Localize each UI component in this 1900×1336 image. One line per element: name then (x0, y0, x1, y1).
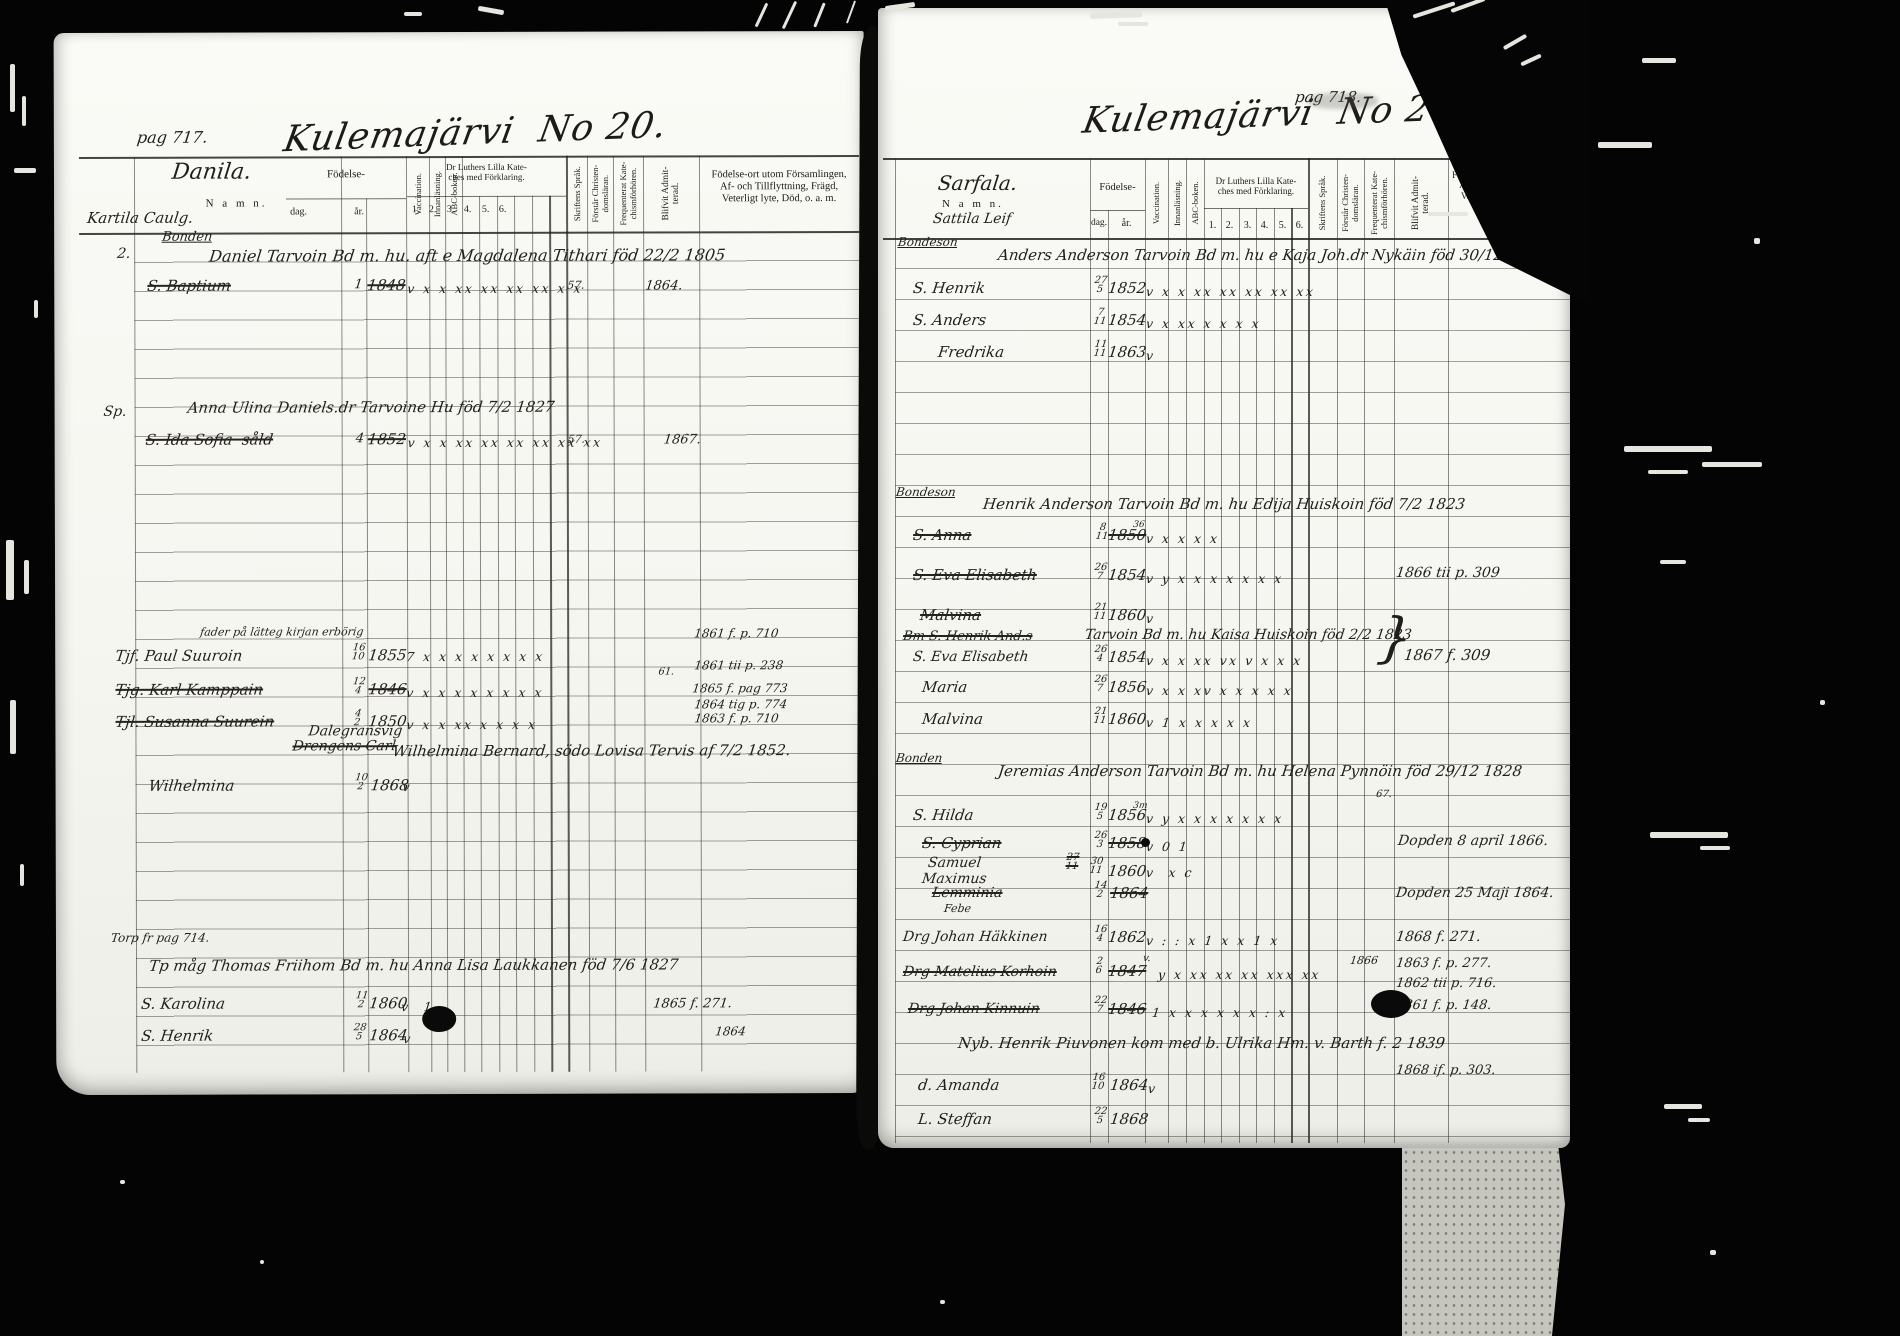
birth-year: 1860 (1107, 712, 1147, 728)
column-header-abc-boken: ABC-boken. (1190, 163, 1200, 243)
birth-day: 21 11 (1093, 604, 1108, 621)
birth-year: 1863 (1107, 345, 1147, 361)
section-script: Drengens Carl (292, 739, 397, 754)
katekes-col-3: 3. (1239, 220, 1256, 232)
speckle (1702, 462, 1762, 467)
column-header-skriftens-sprak: Skriftens Språk. (1317, 163, 1327, 243)
katekes-col-2: 2. (1221, 220, 1238, 232)
katekes-col-5: 5. (1274, 220, 1291, 232)
speckle (1660, 560, 1686, 564)
person-entry: S. Eva Elisabeth (912, 650, 1029, 665)
column-header-frequenterat: Frequenterat Kate- chismförhören. (1369, 163, 1389, 243)
birth-day: 22 7 (1093, 997, 1108, 1014)
mark-note: 57. (567, 280, 586, 292)
mark-row: v y x x x x x x x (1145, 812, 1284, 825)
person-entry: d. Amanda (917, 1078, 1000, 1094)
margin-script: Kartila Caulg. (86, 211, 194, 227)
mark-row: v (402, 1032, 413, 1045)
speckle (1754, 238, 1760, 244)
column-header-fodelse: Födelse- (1090, 182, 1145, 194)
birth-year: 1854 (1107, 650, 1147, 666)
speckle (1710, 1250, 1716, 1255)
note-entry: Dopden 25 Maji 1864. (1395, 886, 1554, 901)
margin-script: Sattila Leif (932, 212, 1012, 227)
household-head-entry: Tp måg Thomas Friihom Bd m. hu Anna Lisa… (148, 957, 679, 974)
person-entry: Bm S. Henrik And.s (902, 630, 1033, 644)
birth-day: 1 (353, 278, 363, 292)
marginal-note-script: Torp fr pag 714. (110, 932, 210, 945)
mark-row: v x x xv x x x x x (1145, 684, 1294, 697)
speckle (14, 168, 36, 173)
katekes-col-4: 4. (1256, 220, 1273, 232)
ink-blot (422, 1006, 456, 1032)
birth-day: 16 10 (1091, 1074, 1106, 1091)
section-label: Bondeson (895, 486, 956, 499)
person-entry: S. Hilda (912, 808, 974, 824)
birth-day: 4 (355, 432, 365, 446)
mark-row: v (1145, 612, 1156, 625)
birth-day: 28 5 (352, 1024, 367, 1041)
birth-day: 26 7 (1093, 676, 1108, 693)
birth-year: 1854 (1107, 568, 1147, 584)
column-header-dag: dag. (286, 206, 311, 218)
speckle (6, 540, 14, 600)
household-head-entry: Henrik Anderson Tarvoin Bd m. hu Edija H… (982, 497, 1466, 513)
household-head-entry: Nyb. Henrik Piuvonen kom med b. Ulrika H… (957, 1036, 1446, 1052)
person-entry: Maria (921, 680, 968, 696)
column-header-forstar: Förstår Christen- domsläran. (590, 154, 610, 234)
birth-year: 1846 (1107, 1002, 1147, 1018)
mark-row: v y x x x x x x x (1145, 572, 1284, 585)
mark-row: v : : x 1 x x 1 x (1145, 934, 1281, 947)
column-header-vaccination: Vaccination. (1151, 163, 1161, 243)
name-column-script: Sarfala. (937, 173, 1019, 194)
person-entry: Tjf. Paul Suuroin (114, 649, 243, 665)
person-entry: Drg Matelius Korhoin (902, 965, 1057, 980)
ink-dot (1141, 838, 1150, 847)
mark-row: v x c (1145, 866, 1195, 879)
birth-year: 1847 (1107, 964, 1147, 980)
note-entry: 1865 f. pag 773 (692, 682, 789, 695)
speckle (20, 864, 24, 886)
speckle (1648, 470, 1688, 474)
speckle (34, 300, 38, 318)
person-entry: Febe (943, 903, 972, 915)
superscript-note: 67. (1375, 790, 1392, 801)
birth-day: 26 3 (1093, 832, 1108, 849)
birth-day: 14 2 (1093, 882, 1108, 899)
person-entry: Anna Ulina Daniels.dr Tarvoine Hu föd 7/… (187, 400, 556, 417)
header-top-rule (79, 155, 859, 159)
person-entry: S. Henrik (140, 1029, 214, 1045)
speckle (24, 560, 29, 594)
note-entry: 1861 f. p. 710 (693, 627, 779, 640)
katekes-col-1: 1. (407, 204, 424, 216)
mark-row: v x x x x (1145, 532, 1220, 545)
household-head-entry: Anders Anderson Tarvoin Bd m. hu e Kaja … (997, 248, 1547, 264)
note-entry: 1865 f. 271. (652, 997, 732, 1011)
person-entry: Samuel (927, 856, 982, 871)
column-header-katekes: Dr Luthers Lilla Kate- ches med Förklari… (407, 162, 566, 183)
household-head-entry: Wilhelmina Bernard, södo Lovisa Tervis a… (392, 743, 792, 760)
column-header-blifvit-admitterad: Blifvit Admit- terad. (1411, 163, 1431, 243)
mark-row: v (1145, 349, 1156, 362)
page-title-script: Kulemajärvi No 20. (281, 107, 670, 159)
speckle (1598, 142, 1652, 148)
note-entry: 1864 tig p. 774 (694, 698, 788, 711)
person-entry: Drg Johan Kinnuin (907, 1002, 1040, 1017)
column-header-fodelse: Födelse- (286, 168, 406, 181)
margin-mark: Sp. (103, 405, 128, 420)
column-header-namn: N a m n. (913, 198, 1033, 211)
superscript-note: v. (1142, 954, 1151, 965)
pencil-smudge (1308, 93, 1378, 109)
note-entry: 1861 tii p. 238 (694, 659, 784, 672)
speckle (1642, 58, 1676, 63)
person-entry: S. Anna (912, 528, 972, 544)
column-header-birthplace-notes: Födelse-ort utom Församlingen, Af- och T… (702, 169, 856, 206)
speckle (755, 3, 769, 28)
column-header-katekes: Dr Luthers Lilla Kate- ches med Förklari… (1204, 176, 1308, 197)
column-header-forstar: Förstår Christen- domsläran. (1340, 163, 1360, 243)
note-entry: 1863 f. p. 277. (1395, 957, 1492, 971)
birth-day: 10 2 (354, 774, 369, 791)
birth-day: 26 4 (1093, 646, 1108, 663)
left-page: pag 717. Kulemajärvi No 20. Danila. N a … (54, 31, 867, 1095)
mark-row: v (402, 780, 413, 793)
birth-day: 16 10 (351, 644, 366, 661)
page-edge-strip (1402, 1148, 1565, 1336)
birth-day: 27 5 (1093, 277, 1108, 294)
section-label: Bondeson (897, 236, 958, 249)
person-entry: Malvina (919, 608, 982, 624)
speckle (813, 2, 826, 27)
speckle (1664, 1104, 1702, 1109)
birth-day: 7 11 (1093, 309, 1108, 326)
person-entry: Lemminia (931, 886, 1003, 901)
note-entry: 1864 (714, 1025, 746, 1038)
speckle (1428, 212, 1468, 216)
person-entry: S. Anders (912, 313, 987, 329)
speckle (22, 96, 26, 126)
admitted-year: 1864. (644, 279, 683, 293)
mark-row: 1 x x x x x x : x (1151, 1006, 1288, 1019)
katekes-col-6: 6. (1291, 220, 1308, 232)
speckle (404, 12, 422, 16)
ink-blot (1371, 990, 1411, 1018)
birth-day: 30 11 (1089, 858, 1104, 875)
column-header-innanlasning: Innanläsning. (1172, 163, 1182, 243)
mark-row: v 1 x x x x x (1145, 716, 1253, 729)
birth-year: 1868 (1109, 1112, 1149, 1128)
person-entry: Wilhelmina (148, 779, 236, 795)
birth-day: 21 11 (1093, 708, 1108, 725)
birth-year: 1862 (1107, 930, 1147, 946)
mark-row: v (1147, 1082, 1158, 1095)
mark-row: v x x x x x x x x (406, 686, 545, 699)
fodelse-subrule (1090, 210, 1145, 211)
mark-row: v 0 1 (1145, 840, 1190, 853)
birth-day: 26 7 (1093, 564, 1108, 581)
speckle (1820, 700, 1825, 705)
person-entry: S. Baptium (146, 279, 231, 295)
note-entry: 1866 tii p. 309 (1395, 566, 1501, 581)
column-header-namn: N a m n. (179, 197, 294, 210)
birth-year: 1854 (1107, 313, 1147, 329)
mark-row: v x x xx x x x x (406, 718, 539, 731)
mark-note: 61. (658, 667, 675, 678)
person-entry: Drg Johan Häkkinen (902, 930, 1048, 945)
speckle (1650, 832, 1728, 838)
note-entry: 1863 f. p. 710 (694, 712, 780, 725)
person-entry: S. Henrik (912, 281, 986, 297)
column-header-skriftens-sprak: Skriftens Språk. (572, 154, 582, 234)
speckle (846, 0, 856, 23)
column-header-dag: dag. (1090, 218, 1108, 229)
person-entry: S. Karolina (140, 997, 226, 1013)
scanned-register-spread: pag 717. Kulemajärvi No 20. Danila. N a … (0, 0, 1900, 1336)
note-entry: 1862 tii p. 716. (1395, 977, 1497, 991)
note-entry: 1868 if. p. 303. (1395, 1064, 1496, 1078)
person-entry: S. Ida Sofia såld (145, 432, 274, 448)
note-entry: 1868 f. 271. (1395, 930, 1482, 945)
speckle (782, 1, 797, 29)
margin-mark: 2. (116, 247, 131, 262)
person-entry: Tjl. Susanna Suurein (114, 714, 275, 730)
page-title-script: Kulemajärvi No 20. (1080, 89, 1470, 140)
mark-row: v x x xx xx xx xx xx (1145, 285, 1316, 298)
birth-year: 1860 (1107, 864, 1147, 880)
speckle (1700, 846, 1730, 850)
person-entry: Malvina (921, 712, 984, 728)
mark-note: 57. (567, 434, 586, 446)
household-head-entry: Jeremias Anderson Tarvoin Bd m. hu Helen… (997, 764, 1523, 780)
column-header-frequenterat: Frequenterat Kate- chismförhören. (618, 154, 638, 234)
katekes-col-1: 1. (1204, 220, 1221, 232)
birth-day: 11 11 (1093, 341, 1108, 358)
birth-year: 1846 (367, 682, 407, 698)
section-label: Bonden (161, 231, 213, 245)
birth-year: 1864 (1109, 1078, 1149, 1094)
column-header-blifvit-admitterad: Blifvit Admit- terad. (661, 153, 681, 233)
household-head-entry: Tarvoin Bd m. hu Kaisa Huiskoin föd 2/2 … (1084, 628, 1412, 643)
marginal-note-script: fader på lätteg kirjan erbörig (199, 626, 364, 638)
speckle (478, 6, 504, 15)
person-entry: Fredrika (937, 345, 1005, 361)
person-entry: S. Cyprian (921, 836, 1002, 852)
speckle (260, 1260, 264, 1264)
speckle (1624, 446, 1712, 452)
note-entry: 1866 (1349, 955, 1378, 967)
birth-day: 19 5 (1093, 804, 1108, 821)
admitted-year: 1867. (663, 433, 702, 447)
column-header-ar: år. (314, 206, 404, 218)
superscript-note: 3m (1132, 802, 1147, 811)
mark-row: v x x xx vx v x x x (1145, 654, 1303, 667)
person-entry: L. Steffan (917, 1112, 993, 1128)
page-number: pag 717. (136, 130, 209, 147)
speckle (1688, 1118, 1710, 1122)
person-entry: Tjg. Karl Kamppain (114, 683, 264, 699)
birth-year: 1855 (367, 648, 407, 664)
birth-year: 1856 (1107, 680, 1147, 696)
birth-year: 1848 (366, 278, 406, 294)
note-entry: Dopden 8 april 1866. (1397, 834, 1549, 849)
column-header-ar: år. (1108, 218, 1145, 230)
birth-year: 1852 (1107, 281, 1147, 297)
birth-year: 1860 (1107, 608, 1147, 624)
section-label: Bonden (895, 752, 943, 765)
birth-day: 22 5 (1093, 1108, 1108, 1125)
name-column-script: Danila. (171, 161, 253, 184)
speckle (940, 1300, 945, 1304)
birth-day: 11 2 (354, 992, 369, 1009)
mark-row: v x x xx xx xx xx x x (406, 282, 584, 296)
superscript-note: 36 (1132, 521, 1145, 530)
birth-day: 16 4 (1093, 926, 1108, 943)
note-entry: 1867 f. 309 (1403, 648, 1491, 664)
speckle (1118, 22, 1148, 26)
section-script: Dalegransvig (308, 724, 404, 739)
fodelse-subrule (286, 198, 406, 199)
person-entry: S. Eva Elisabeth (912, 568, 1038, 584)
household-head-entry: Daniel Tarvoin Bd m. hu. aft e Magdalena… (208, 247, 726, 265)
speckle (10, 64, 15, 112)
katekes-subrule (407, 196, 566, 197)
mark-row: y x xx xx xx xxx xx (1157, 968, 1322, 981)
birth-day: 12 4 (351, 678, 366, 695)
speckle (10, 700, 16, 754)
speckle (120, 1180, 125, 1184)
birth-year: 1852 (367, 432, 407, 448)
katekes-col-2: 2. (424, 204, 441, 216)
birth-year: 1864 (1109, 886, 1149, 902)
mark-row: v x xx x x x x (1145, 317, 1262, 330)
birth-day: 27 11 (1065, 854, 1080, 871)
mark-row: 7 x x x x x x x x (405, 650, 545, 663)
